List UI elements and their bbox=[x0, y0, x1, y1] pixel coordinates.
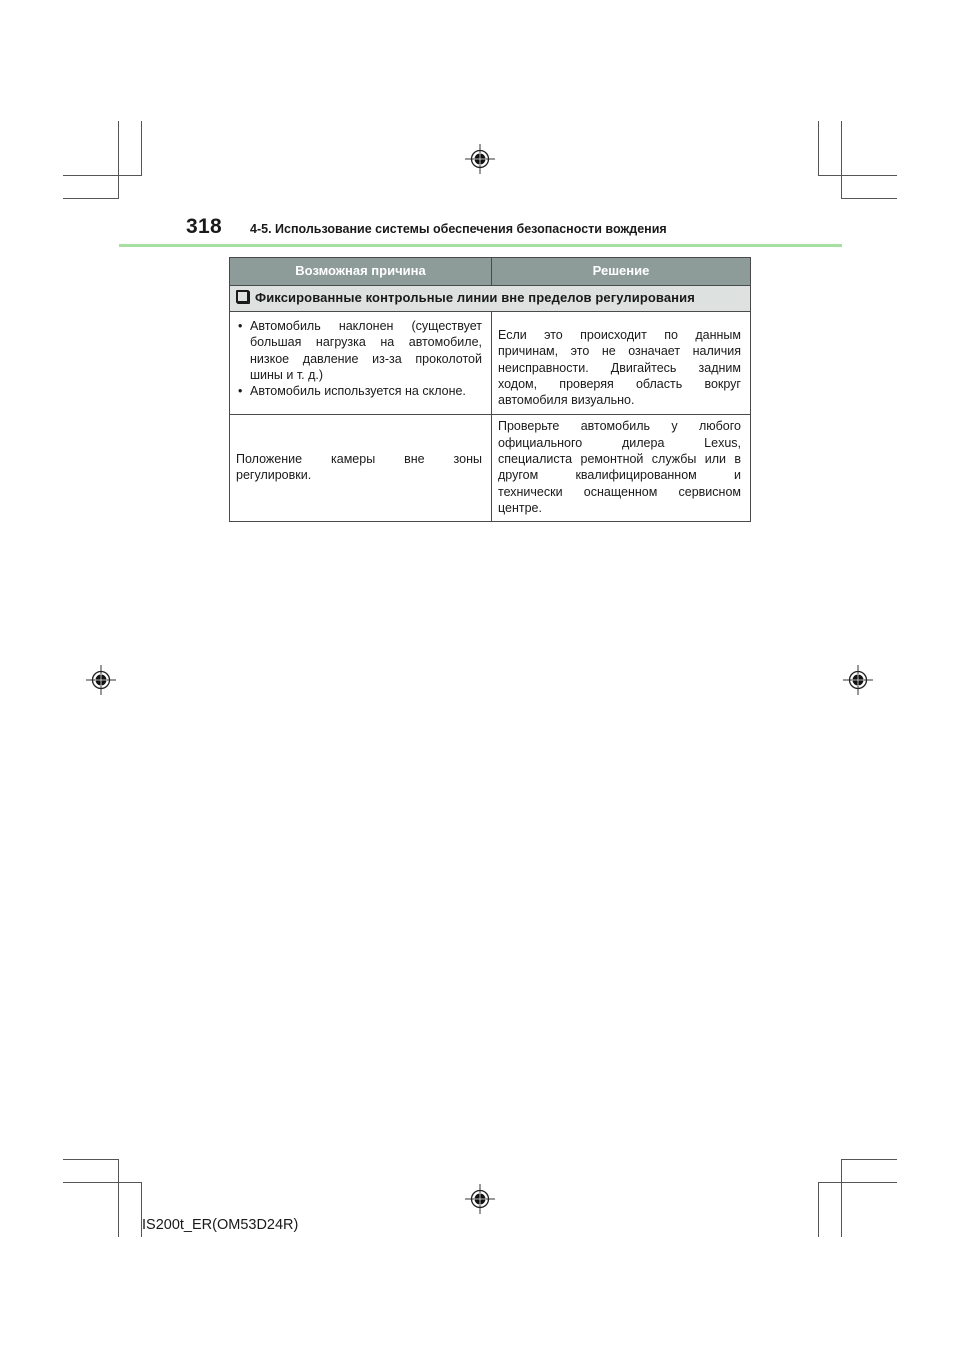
crop-mark bbox=[818, 1182, 897, 1183]
section-heading: Фиксированные контрольные линии вне пред… bbox=[230, 286, 751, 312]
crop-mark bbox=[63, 1159, 119, 1160]
cause-bullet-list: Автомобиль наклонен (существует большая … bbox=[236, 318, 482, 399]
crop-mark bbox=[63, 198, 119, 199]
cause-cell: Автомобиль наклонен (существует большая … bbox=[230, 312, 492, 415]
crop-mark bbox=[141, 121, 142, 175]
troubleshooting-table: Возможная причина Решение Фиксированные … bbox=[229, 257, 751, 522]
solution-text: Проверьте автомобиль у любого официально… bbox=[498, 419, 741, 514]
document-code: IS200t_ER(OM53D24R) bbox=[142, 1217, 298, 1233]
registration-mark-icon bbox=[463, 1182, 497, 1216]
crop-mark bbox=[841, 1159, 897, 1160]
cause-cell: Положение камеры вне зоны регулировки. bbox=[230, 415, 492, 522]
registration-mark-icon bbox=[463, 142, 497, 176]
section-heading-row: Фиксированные контрольные линии вне пред… bbox=[230, 286, 751, 312]
cause-text: Положение камеры вне зоны регулировки. bbox=[236, 452, 482, 482]
solution-cell: Если это происходит по данным причинам, … bbox=[492, 312, 751, 415]
section-heading-text: Фиксированные контрольные линии вне пред… bbox=[255, 290, 695, 305]
table-header-row: Возможная причина Решение bbox=[230, 258, 751, 286]
column-header-solution: Решение bbox=[492, 258, 751, 286]
solution-text: Если это происходит по данным причинам, … bbox=[498, 328, 741, 407]
crop-mark bbox=[118, 1159, 119, 1237]
checkbox-icon bbox=[236, 290, 249, 303]
crop-mark bbox=[818, 121, 819, 175]
crop-mark bbox=[841, 1159, 842, 1237]
table-row: Автомобиль наклонен (существует большая … bbox=[230, 312, 751, 415]
solution-cell: Проверьте автомобиль у любого официально… bbox=[492, 415, 751, 522]
crop-mark bbox=[818, 1182, 819, 1237]
registration-mark-icon bbox=[84, 663, 118, 697]
crop-mark bbox=[818, 175, 897, 176]
table-row: Положение камеры вне зоны регулировки. П… bbox=[230, 415, 751, 522]
cause-bullet: Автомобиль используется на склоне. bbox=[236, 383, 482, 399]
column-header-cause: Возможная причина bbox=[230, 258, 492, 286]
crop-mark bbox=[118, 121, 119, 198]
crop-mark bbox=[63, 1182, 142, 1183]
page-number: 318 bbox=[186, 215, 222, 239]
registration-mark-icon bbox=[841, 663, 875, 697]
section-title: 4-5. Использование системы обеспечения б… bbox=[250, 222, 667, 236]
crop-mark bbox=[63, 175, 142, 176]
cause-bullet: Автомобиль наклонен (существует большая … bbox=[236, 318, 482, 383]
header-rule bbox=[119, 244, 842, 247]
crop-mark bbox=[841, 121, 842, 198]
crop-mark bbox=[841, 198, 897, 199]
